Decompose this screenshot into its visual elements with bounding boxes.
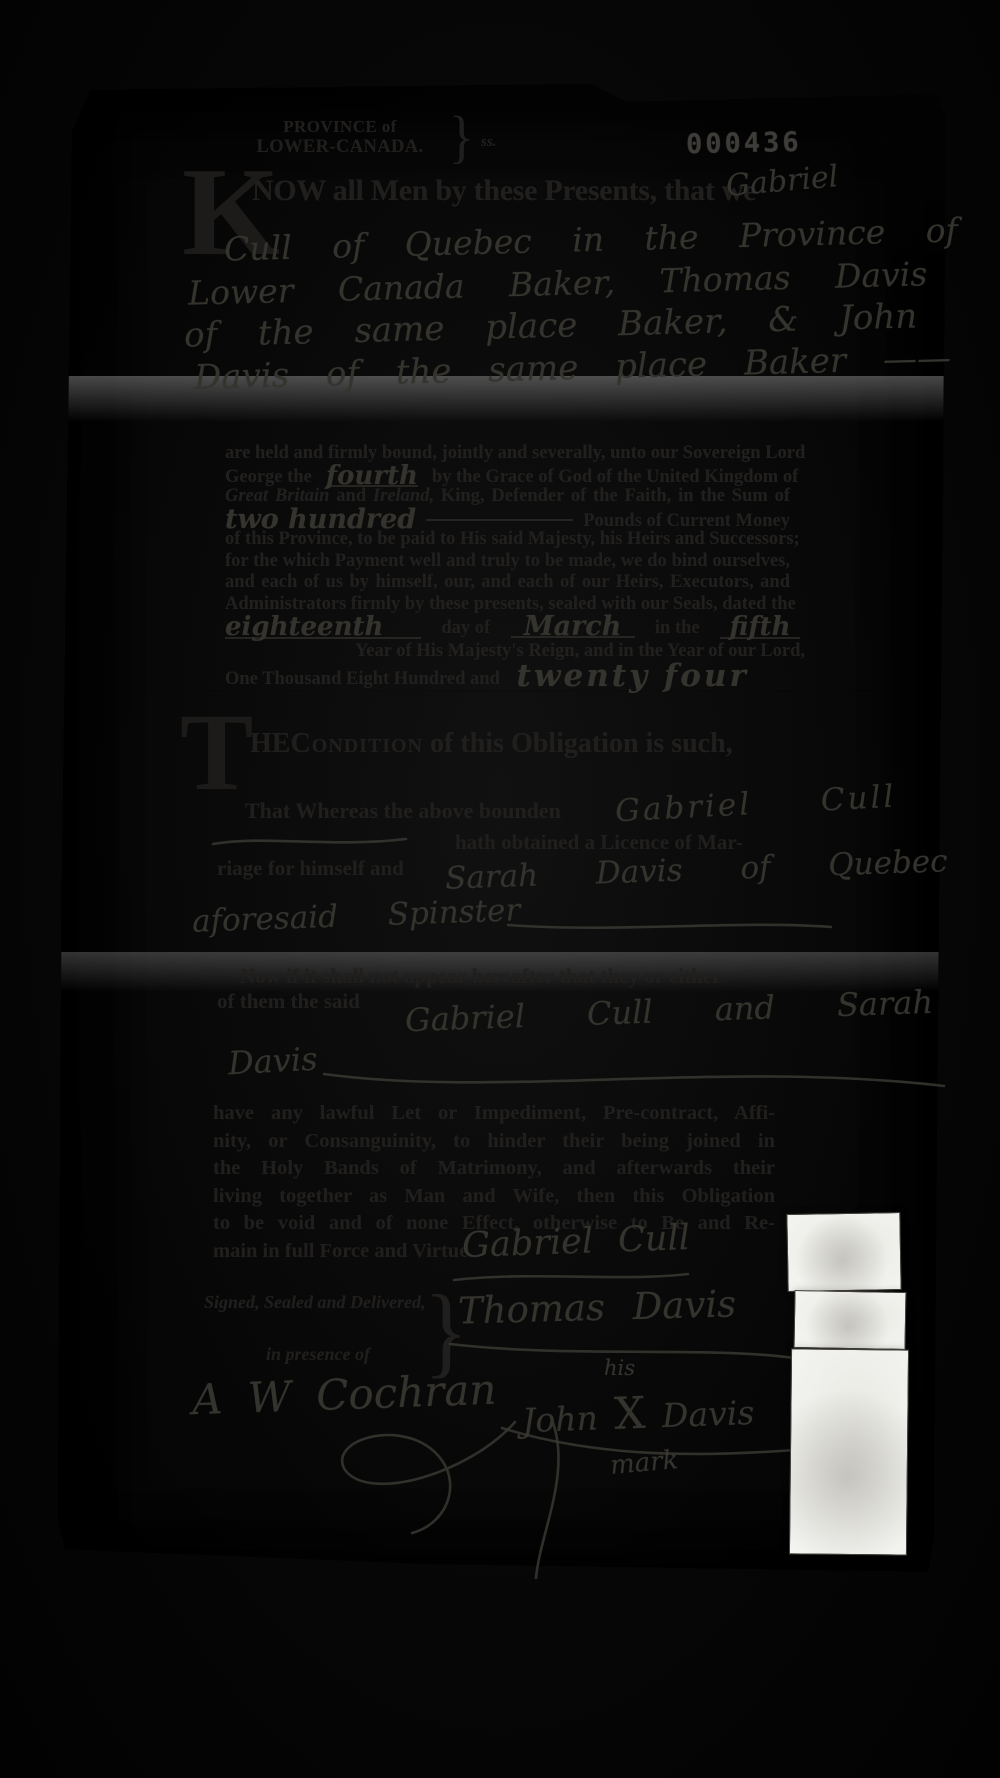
- microfilm-background: PROVINCE of LOWER-CANADA. } ss. 000436 K…: [0, 0, 1000, 1778]
- bond-line: for the which Payment well and truly to …: [225, 551, 790, 573]
- riage-line: riage for himself and: [217, 856, 404, 881]
- dropcap-t: T: [180, 712, 253, 793]
- closing-line: the Holy Bands of Matrimony, and afterwa…: [213, 1155, 775, 1183]
- condition-title: HECondition of this Obligation is such,: [250, 728, 733, 760]
- groom-signature: Gabriel Cull: [461, 1218, 690, 1266]
- ink-flourish-rule: [320, 1052, 950, 1100]
- serial-number: 000436: [686, 127, 802, 160]
- wafer-seal: [794, 1290, 907, 1350]
- bond-text: by the Grace of God of the United Kingdo…: [432, 467, 798, 489]
- now-if-line: Now if it shall not appear hereafter tha…: [240, 964, 721, 989]
- ink-flourish-rule: [505, 916, 835, 936]
- opening-line: NOW all Men by these Presents, that we: [252, 174, 756, 208]
- bond-line-regnal-name: George the fourth by the Grace of God of…: [225, 465, 790, 487]
- bond-line-year: One Thousand Eight Hundred and twenty fo…: [225, 663, 790, 685]
- bond-text: George the: [225, 467, 312, 489]
- province-line1: PROVINCE of: [232, 117, 448, 137]
- ink-flourish-rule: [210, 833, 410, 851]
- condition-title-he: HE: [250, 728, 290, 759]
- bond-line-sum: two hundred Pounds of Current Money: [225, 508, 790, 530]
- bond-line: are held and firmly bound, jointly and s…: [225, 443, 790, 465]
- signature-underline: [498, 1412, 828, 1474]
- handwritten-month: March: [511, 617, 635, 638]
- whereas-line: That Whereas the above bounden: [245, 798, 561, 824]
- handwritten-day: eighteenth: [225, 618, 421, 639]
- attestation-line2: in presence of: [266, 1344, 370, 1365]
- closing-line: have any lawful Let or Impediment, Pre-c…: [213, 1100, 775, 1128]
- his-label: his: [604, 1356, 635, 1380]
- handwritten-sum: two hundred: [225, 510, 416, 529]
- of-them-line: of them the said: [217, 989, 360, 1014]
- closing-line: nity, or Consanguinity, to hinder their …: [213, 1128, 775, 1156]
- bond-line-date: eighteenth day of March in the fifth: [225, 615, 800, 641]
- bond-line: and each of us by himself, our, and each…: [225, 572, 790, 594]
- condition-title-word: Condition: [290, 728, 423, 759]
- handwritten-regnal-number: fourth: [326, 467, 418, 488]
- handwritten-parties-names2: Davis: [227, 1040, 318, 1083]
- jurat-abbreviation: ss.: [481, 134, 496, 151]
- attestation-line1: Signed, Sealed and Delivered,: [204, 1292, 425, 1313]
- bond-text: day of: [441, 618, 490, 639]
- bond-text: King, Defender of the Faith, in the Sum …: [441, 486, 790, 506]
- bond-text: in the: [655, 618, 700, 639]
- ink-rule: [426, 519, 573, 521]
- condition-title-rest: of this Obligation is such,: [430, 728, 733, 759]
- handwritten-year: twenty four: [517, 665, 749, 687]
- closing-line: living together as Man and Wife, then th…: [213, 1183, 775, 1211]
- signature-underline: [452, 1268, 692, 1286]
- header-brace: }: [449, 104, 474, 170]
- handwritten-regnal-year: fifth: [720, 618, 800, 639]
- wafer-seal: [789, 1348, 909, 1555]
- surety-signature: Thomas Davis: [457, 1282, 736, 1332]
- wafer-seal: [786, 1212, 901, 1292]
- bond-clause: are held and firmly bound, jointly and s…: [225, 443, 800, 684]
- bond-text: One Thousand Eight Hundred and: [225, 669, 500, 689]
